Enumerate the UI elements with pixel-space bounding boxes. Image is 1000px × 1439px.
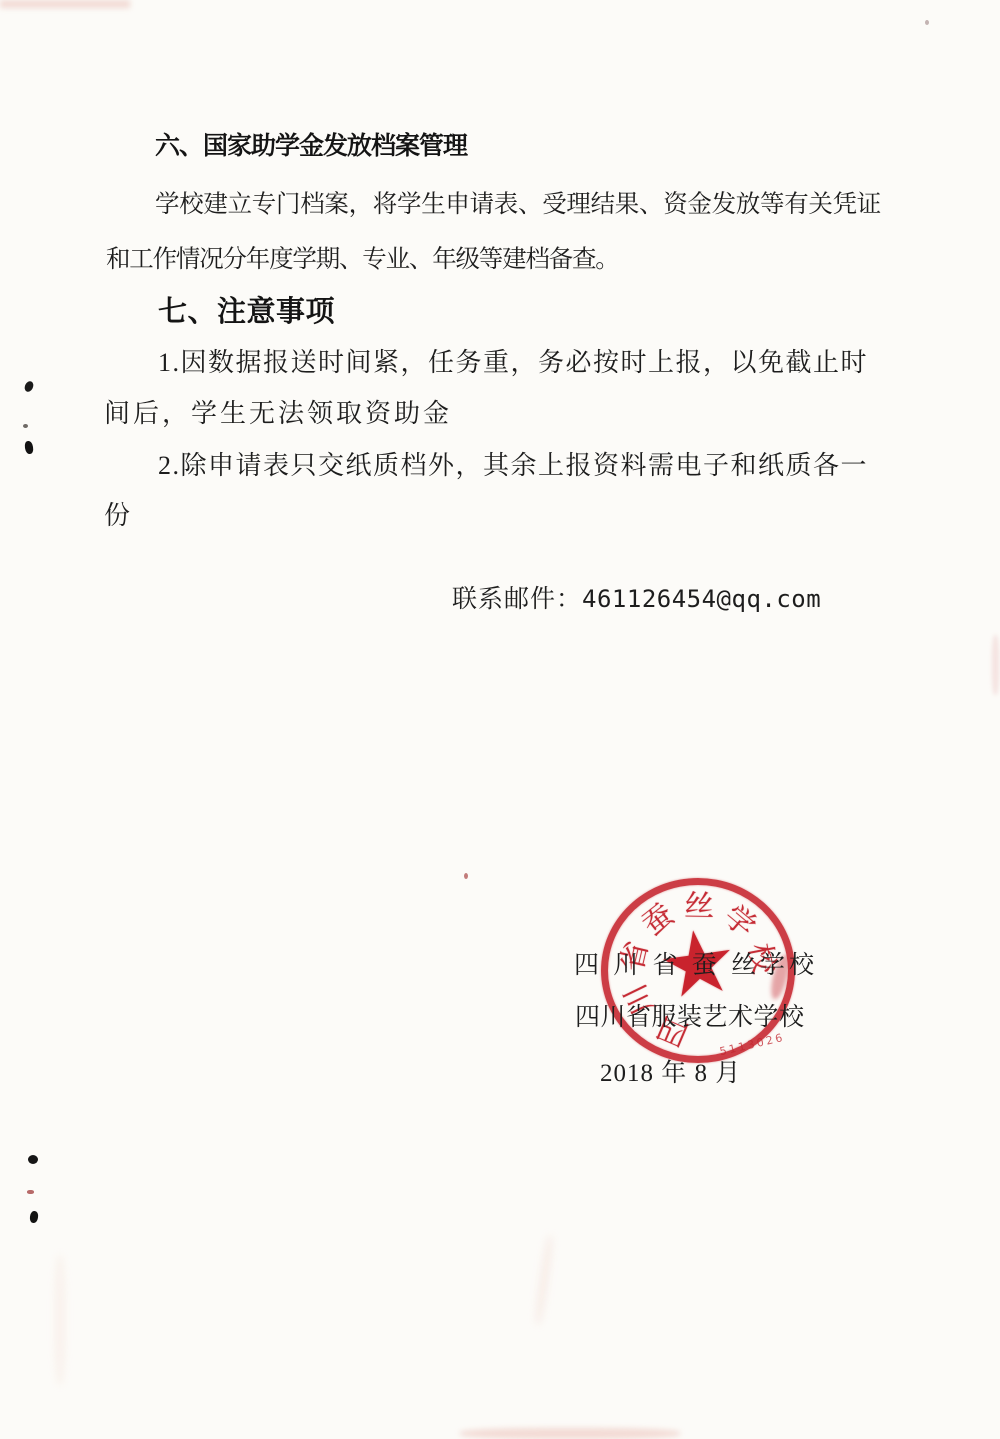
seal-char: 丝 bbox=[682, 890, 717, 925]
scan-speck bbox=[23, 424, 28, 428]
scan-speck bbox=[29, 1211, 39, 1224]
scan-smear bbox=[534, 1235, 554, 1325]
scan-speck bbox=[23, 380, 35, 393]
section7-heading: 七、注意事项 bbox=[158, 295, 335, 330]
section6-paragraph-line2: 和工作情况分年度学期、专业、年级等建档备查。 bbox=[106, 245, 619, 274]
signature-school-name-2: 四川省服装艺术学校 bbox=[575, 1003, 805, 1033]
section6-heading: 六、国家助学金发放档案管理 bbox=[155, 131, 467, 161]
signature-school-name-1: 四 川 省 蚕 丝学校 bbox=[574, 951, 818, 981]
scan-smear bbox=[55, 1255, 65, 1385]
contact-email-address: 461126454@qq.com bbox=[582, 585, 821, 613]
scan-speck bbox=[464, 873, 468, 879]
scan-smear bbox=[460, 1428, 680, 1439]
scan-speck bbox=[925, 20, 929, 25]
contact-email-line: 联系邮件：461126454@qq.com bbox=[452, 585, 821, 615]
note2-line1: 2.除申请表只交纸质档外，其余上报资料需电子和纸质各一 bbox=[158, 450, 868, 481]
note1-line1: 1.因数据报送时间紧，任务重，务必按时上报，以免截止时 bbox=[158, 347, 868, 378]
note1-line2: 间后，学生无法领取资助金 bbox=[104, 398, 452, 429]
note2-line2: 份 bbox=[104, 500, 130, 531]
signature-date: 2018 年 8 月 bbox=[600, 1059, 741, 1089]
scanned-document-page: 六、国家助学金发放档案管理 学校建立专门档案，将学生申请表、受理结果、资金发放等… bbox=[0, 0, 1000, 1439]
contact-email-label: 联系邮件： bbox=[452, 586, 582, 613]
scan-smear bbox=[0, 0, 130, 8]
section6-paragraph-line1: 学校建立专门档案，将学生申请表、受理结果、资金发放等有关凭证 bbox=[155, 190, 881, 219]
scan-speck bbox=[24, 440, 34, 454]
scan-speck bbox=[28, 1155, 38, 1164]
scan-speck bbox=[27, 1190, 34, 1194]
scan-smear bbox=[992, 635, 999, 695]
